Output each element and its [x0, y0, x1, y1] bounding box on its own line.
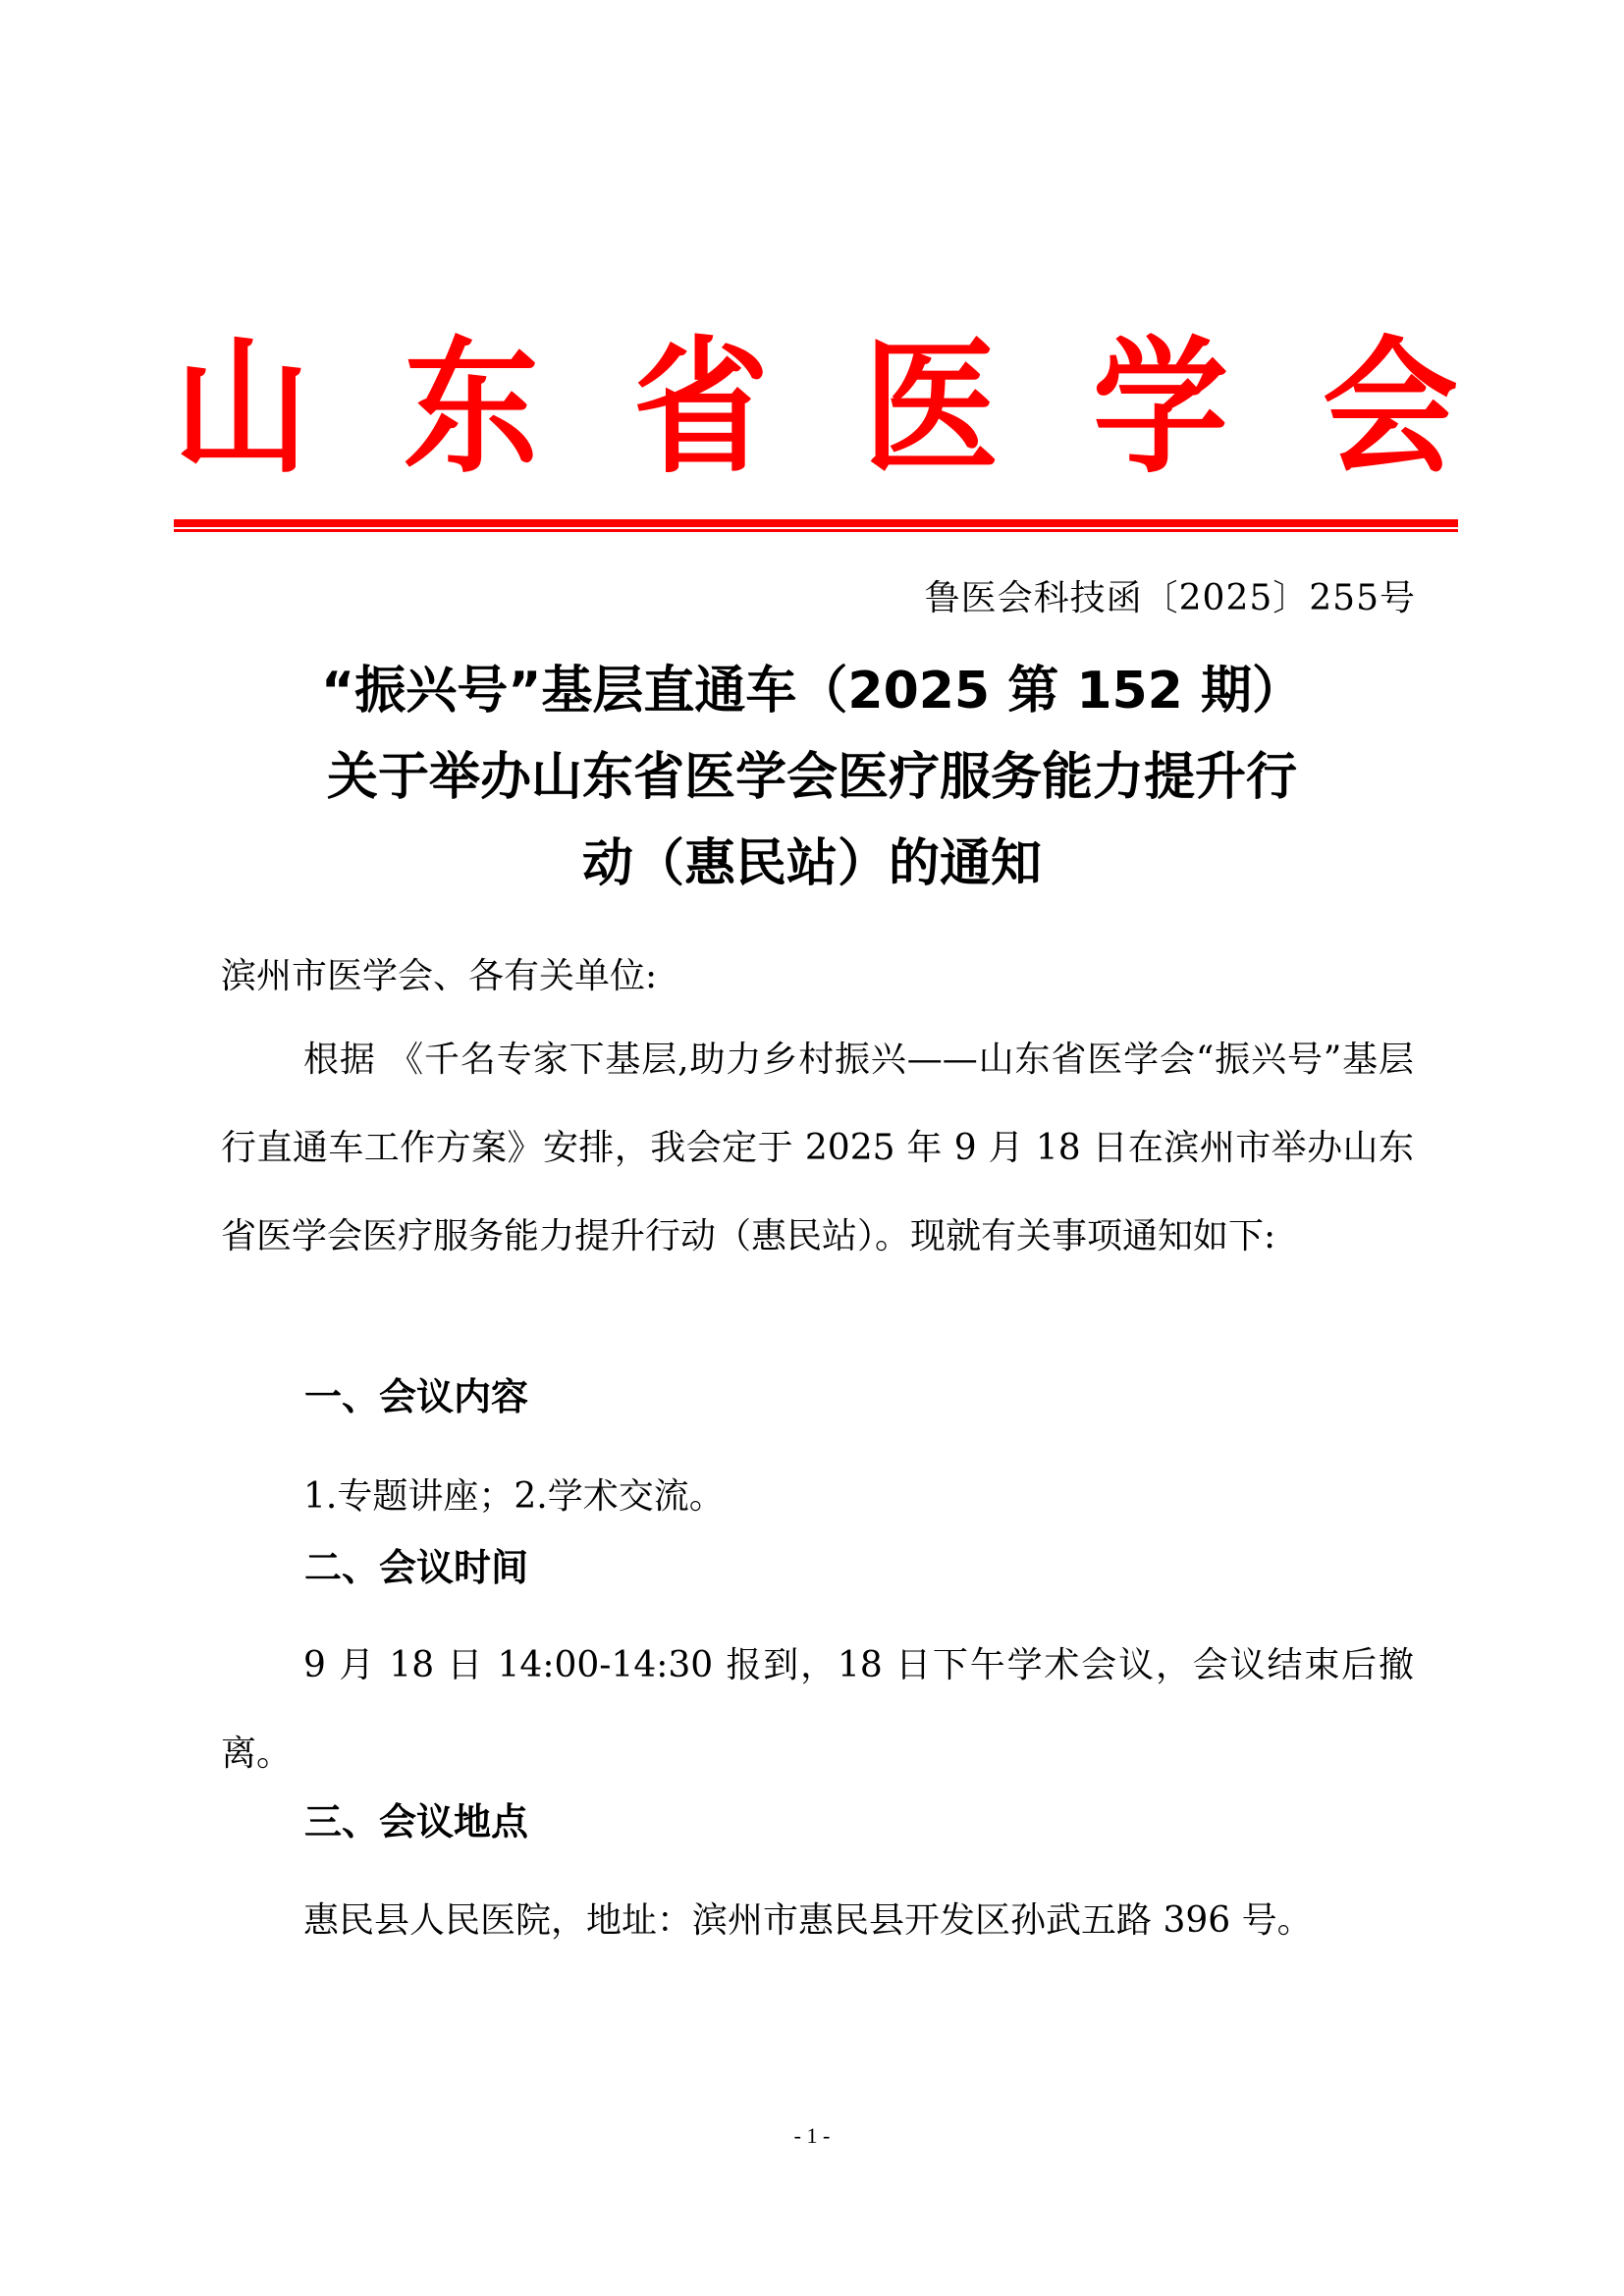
document-number: 鲁医会科技函〔2025〕255号 — [925, 574, 1416, 623]
section-content-location: 惠民县人民医院，地址：滨州市惠民县开发区孙武五路 396 号。 — [221, 1877, 1414, 1965]
masthead-char: 学 — [1093, 328, 1228, 487]
masthead-char: 医 — [863, 328, 999, 487]
section-heading-content: 一、会议内容 — [304, 1367, 528, 1426]
intro-paragraph: 根据 《千名专家下基层,助力乡村振兴——山东省医学会“振兴号”基层行直通车工作方… — [221, 1016, 1414, 1281]
document-page: 山 东 省 医 学 会 鲁医会科技函〔2025〕255号 “振兴号”基层直通车（… — [0, 0, 1624, 2296]
masthead-organization-name: 山 东 省 医 学 会 — [174, 334, 1458, 481]
masthead-char: 山 — [174, 328, 309, 487]
masthead-char: 省 — [633, 328, 769, 487]
masthead-char: 东 — [404, 328, 539, 487]
section-heading-location: 三、会议地点 — [304, 1792, 528, 1851]
title-line-2: 关于举办山东省医学会医疗服务能力提升行 — [196, 734, 1428, 821]
masthead-char: 会 — [1323, 328, 1458, 487]
masthead-divider-thick — [174, 519, 1458, 527]
section-content-agenda: 1.专题讲座；2.学术交流。 — [221, 1453, 1414, 1541]
section-heading-time: 二、会议时间 — [304, 1538, 528, 1597]
section-content-time: 9 月 18 日 14:00-14:30 报到，18 日下午学术会议，会议结束后… — [221, 1622, 1414, 1798]
masthead-divider-thin — [174, 529, 1458, 532]
title-line-3: 动（惠民站）的通知 — [196, 821, 1428, 907]
title-line-1: “振兴号”基层直通车（2025 第 152 期） — [196, 648, 1428, 734]
document-title: “振兴号”基层直通车（2025 第 152 期） 关于举办山东省医学会医疗服务能… — [196, 648, 1428, 907]
salutation: 滨州市医学会、各有关单位: — [221, 933, 1414, 1021]
page-number: - 1 - — [0, 2123, 1624, 2149]
